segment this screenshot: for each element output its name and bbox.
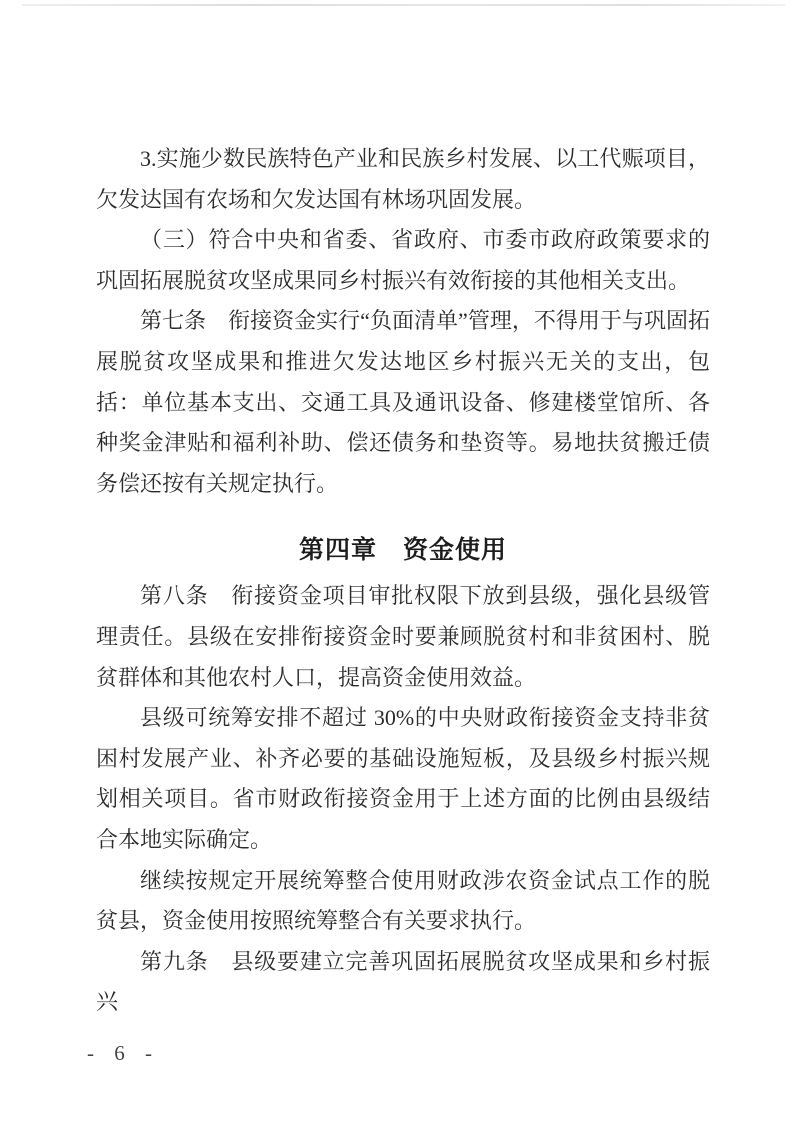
body-paragraph: 第八条 衔接资金项目审批权限下放到县级，强化县级管理责任。县级在安排衔接资金时要… bbox=[96, 576, 710, 698]
body-paragraph: 第七条 衔接资金实行“负面清单”管理，不得用于与巩固拓展脱贫攻坚成果和推进欠发达… bbox=[96, 301, 710, 504]
document-page: 3.实施少数民族特色产业和民族乡村发展、以工代赈项目，欠发达国有农场和欠发达国有… bbox=[0, 0, 793, 1122]
body-paragraph: 县级可统筹安排不超过 30%的中央财政衔接资金支持非贫困村发展产业、补齐必要的基… bbox=[96, 698, 710, 860]
body-paragraph: 继续按规定开展统筹整合使用财政涉农资金试点工作的脱贫县，资金使用按照统筹整合有关… bbox=[96, 861, 710, 942]
document-body: 3.实施少数民族特色产业和民族乡村发展、以工代赈项目，欠发达国有农场和欠发达国有… bbox=[96, 139, 710, 1023]
chapter-heading: 第四章 资金使用 bbox=[96, 534, 710, 567]
body-paragraph: 第九条 县级要建立完善巩固拓展脱贫攻坚成果和乡村振兴 bbox=[96, 942, 710, 1023]
scan-edge-line bbox=[22, 4, 785, 6]
body-paragraph: （三）符合中央和省委、省政府、市委市政府政策要求的巩固拓展脱贫攻坚成果同乡村振兴… bbox=[96, 220, 710, 301]
page-number: - 6 - bbox=[87, 1041, 155, 1065]
body-paragraph: 3.实施少数民族特色产业和民族乡村发展、以工代赈项目，欠发达国有农场和欠发达国有… bbox=[96, 139, 710, 220]
